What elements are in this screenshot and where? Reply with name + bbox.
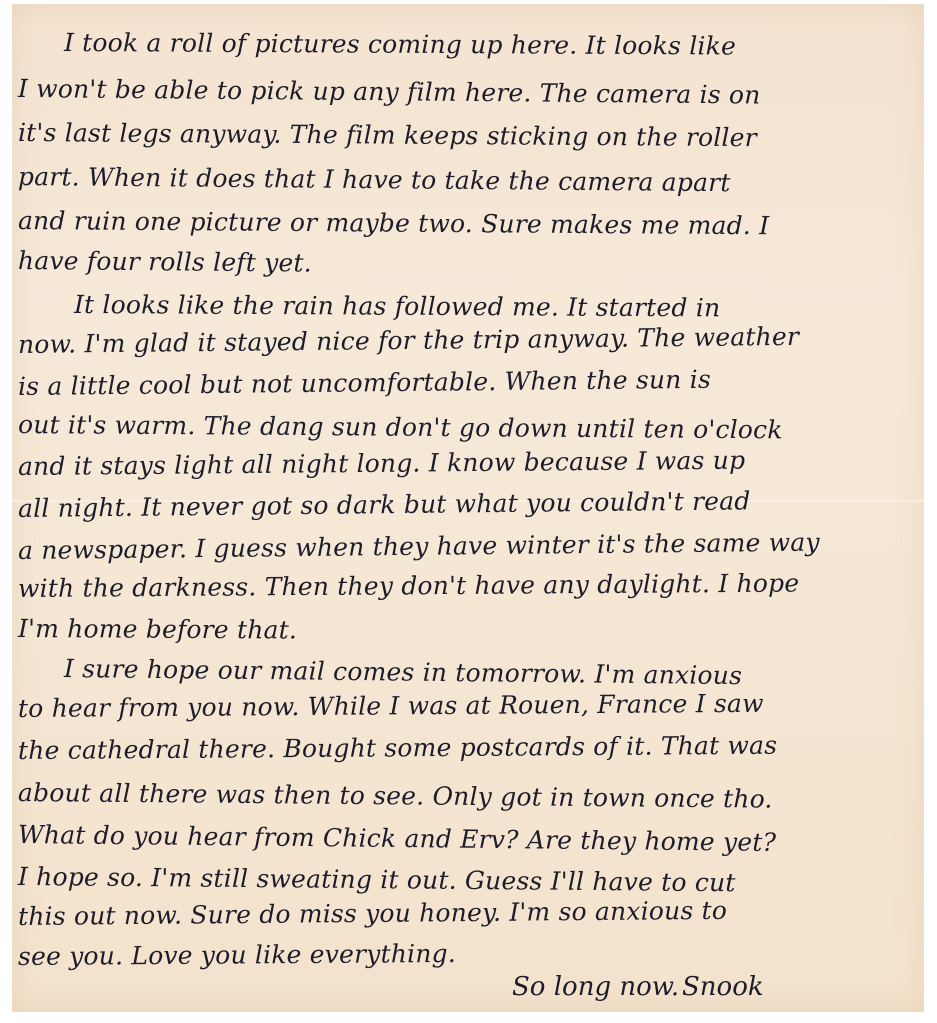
- letter-line: about all there was then to see. Only go…: [18, 778, 773, 814]
- letter-line: is a little cool but not uncomfortable. …: [18, 365, 711, 401]
- letter-page: I took a roll of pictures coming up here…: [12, 4, 924, 1012]
- letter-line: part. When it does that I have to take t…: [18, 162, 731, 197]
- letter-line: and ruin one picture or maybe two. Sure …: [18, 206, 769, 240]
- letter-line: I sure hope our mail comes in tomorrow. …: [64, 654, 742, 690]
- letter-line: now. I'm glad it stayed nice for the tri…: [18, 322, 799, 359]
- letter-line: What do you hear from Chick and Erv? Are…: [18, 820, 776, 857]
- letter-line: It looks like the rain has followed me. …: [74, 290, 720, 322]
- letter-line: I won't be able to pick up any film here…: [18, 74, 761, 109]
- letter-line: with the darkness. Then they don't have …: [18, 569, 799, 603]
- letter-line: and it stays light all night long. I kno…: [18, 446, 745, 481]
- letter-line: I'm home before that.: [18, 614, 297, 644]
- letter-line: the cathedral there. Bought some postcar…: [18, 731, 777, 765]
- letter-line: a newspaper. I guess when they have wint…: [18, 528, 820, 565]
- letter-line: I took a roll of pictures coming up here…: [64, 28, 736, 61]
- letter-line: have four rolls left yet.: [18, 246, 312, 278]
- letter-line: to hear from you now. While I was at Rou…: [18, 689, 764, 723]
- letter-line: I hope so. I'm still sweating it out. Gu…: [18, 862, 736, 897]
- letter-line: this out now. Sure do miss you honey. I'…: [18, 896, 727, 931]
- letter-line: all night. It never got so dark but what…: [18, 486, 751, 523]
- letter-signature: Snook: [682, 972, 764, 1002]
- letter-line: it's last legs anyway. The film keeps st…: [18, 118, 757, 152]
- letter-closing: So long now.: [512, 972, 679, 1002]
- letter-line: out it's warm. The dang sun don't go dow…: [18, 410, 783, 444]
- letter-line: see you. Love you like everything.: [18, 939, 456, 971]
